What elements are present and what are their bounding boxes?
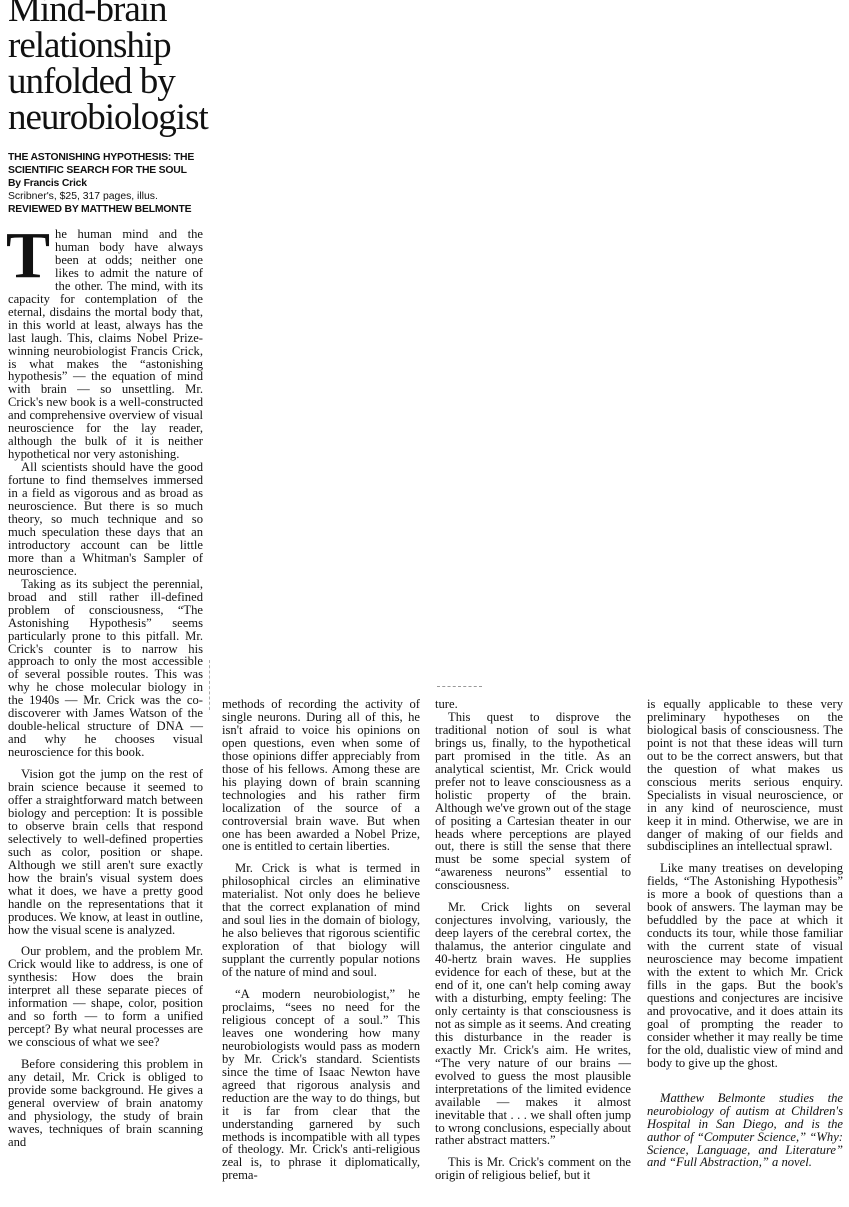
book-title: THE ASTONISHING HYPOTHESIS: THE [8, 151, 213, 164]
paragraph: Before considering this problem in any d… [8, 1058, 203, 1149]
paragraph: methods of recording the activity of sin… [222, 698, 420, 853]
article-column-2: methods of recording the activity of sin… [222, 698, 420, 1182]
reviewer-byline: REVIEWED BY MATTHEW BELMONTE [8, 203, 213, 216]
paragraph: Vision got the jump on the rest of brain… [8, 768, 203, 936]
publisher-info: Scribner's, $25, 317 pages, illus. [8, 190, 213, 203]
paragraph: is equally applicable to these very prel… [647, 698, 843, 853]
book-author: By Francis Crick [8, 177, 213, 190]
paragraph: ture. [435, 698, 631, 711]
paragraph: Mr. Crick lights on several conjectures … [435, 901, 631, 1147]
headline-line: Mind-brain [8, 0, 213, 28]
column-divider [209, 660, 210, 710]
paragraph: “A modern neurobiologist,” he proclaims,… [222, 988, 420, 1182]
paragraph: The human mind and the human body have a… [8, 228, 203, 461]
article-column-4: is equally applicable to these very prel… [647, 698, 843, 1169]
headline-line: unfolded by [8, 64, 213, 100]
paragraph: This is Mr. Crick's comment on the origi… [435, 1156, 631, 1182]
paragraph: Like many treatises on developing fields… [647, 862, 843, 1069]
paragraph: Our problem, and the problem Mr. Crick w… [8, 945, 203, 1049]
article-column-1: The human mind and the human body have a… [8, 228, 203, 1149]
paragraph: Mr. Crick is what is termed in philosoph… [222, 862, 420, 979]
paragraph: Taking as its subject the perennial, bro… [8, 578, 203, 759]
paragraph: This quest to disprove the traditional n… [435, 711, 631, 892]
article-column-3: ture. This quest to disprove the traditi… [435, 698, 631, 1182]
book-title: SCIENTIFIC SEARCH FOR THE SOUL [8, 164, 213, 177]
drop-cap: T [6, 230, 50, 282]
divider-rule [437, 686, 482, 687]
paragraph: All scientists should have the good fort… [8, 461, 203, 578]
headline-line: relationship [8, 28, 213, 64]
book-info: THE ASTONISHING HYPOTHESIS: THE SCIENTIF… [8, 151, 213, 216]
author-bio: Matthew Belmonte studies the neurobiolog… [647, 1092, 843, 1170]
headline-line: neurobiologist [8, 100, 213, 136]
headline: Mind-brain relationship unfolded by neur… [8, 0, 213, 136]
